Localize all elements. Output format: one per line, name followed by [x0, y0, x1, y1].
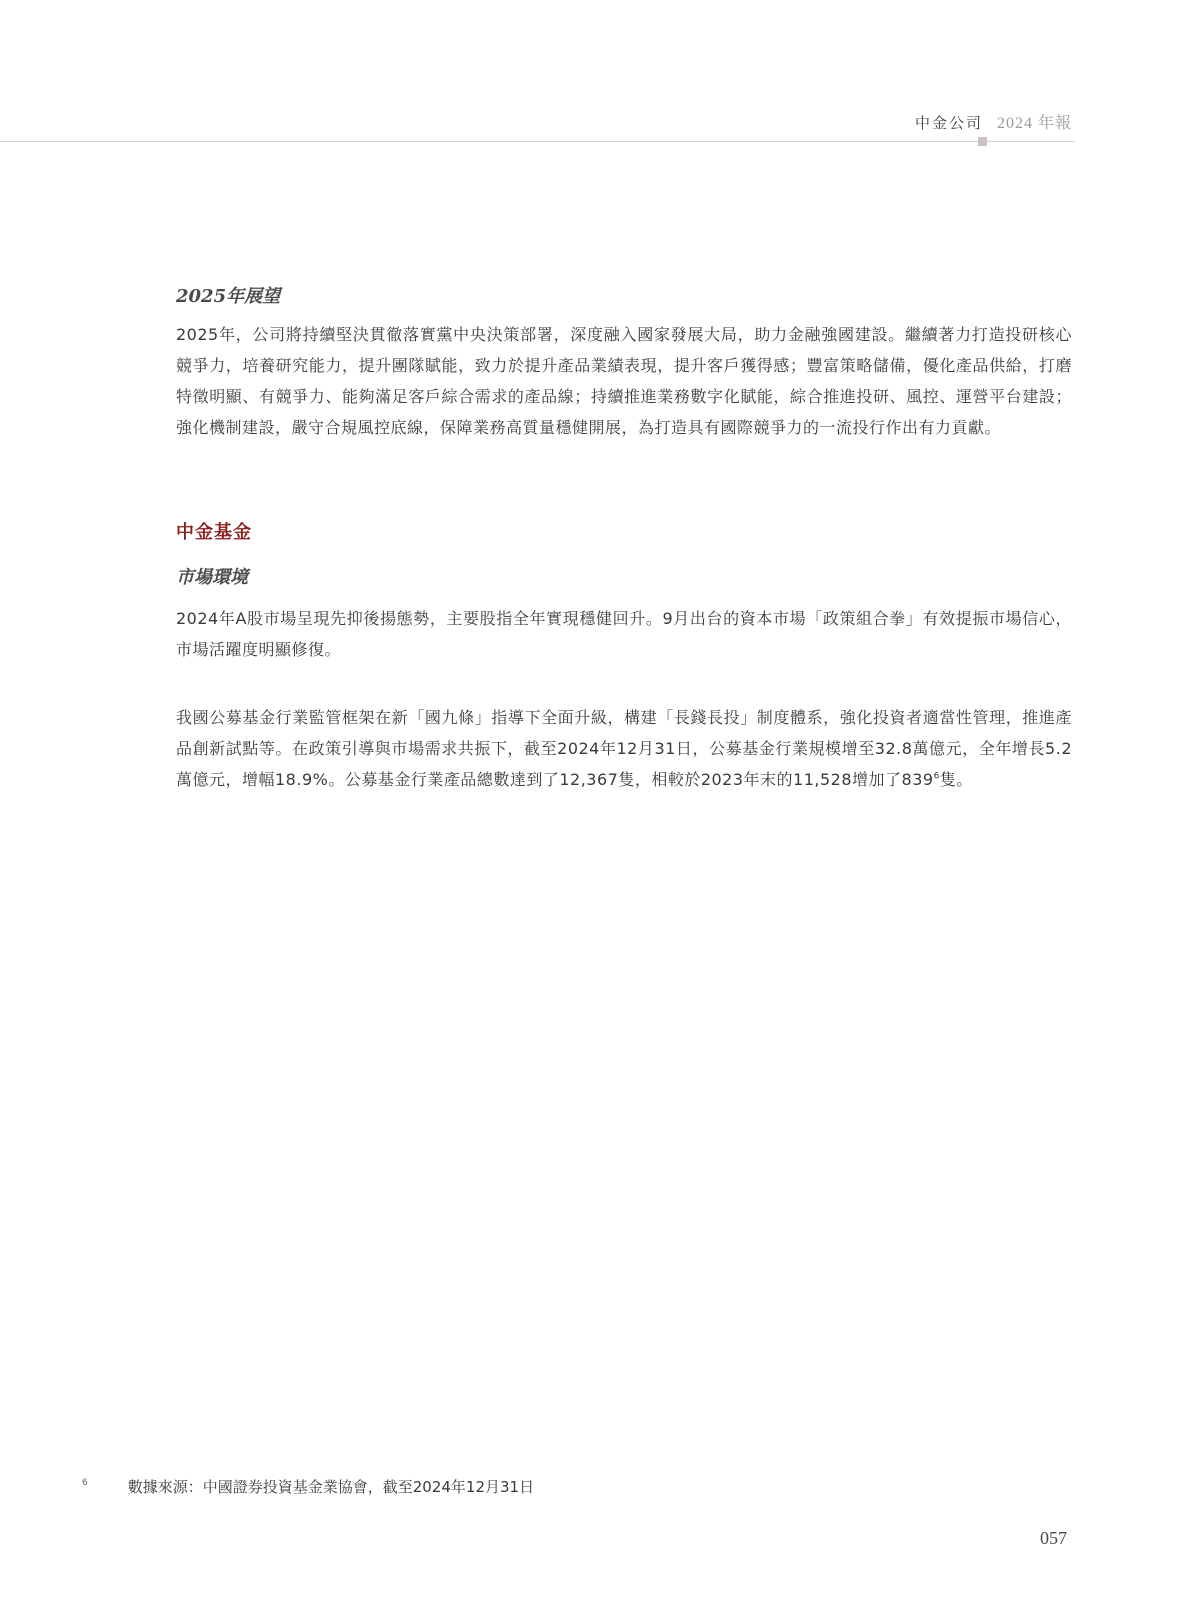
footnote-text: 數據來源：中國證券投資基金業協會，截至2024年12月31日: [128, 1476, 534, 1497]
outlook-section: 2025年展望: [176, 282, 1072, 308]
market-paragraph-2-wrap: 我國公募基金行業監管框架在新「國九條」指導下全面升級，構建「長錢長投」制度體系，…: [176, 702, 1072, 795]
paragraph-2-end: 隻。: [940, 770, 973, 789]
outlook-heading: 2025年展望: [176, 282, 1072, 308]
running-header: 中金公司 2024 年報: [915, 110, 1072, 133]
market-subheading: 市場環境: [176, 563, 1072, 589]
market-paragraph-1: 2024年A股市場呈現先抑後揚態勢，主要股指全年實現穩健回升。9月出台的資本市場…: [176, 603, 1072, 665]
market-paragraph-2: 我國公募基金行業監管框架在新「國九條」指導下全面升級，構建「長錢長投」制度體系，…: [176, 702, 1072, 795]
header-company: 中金公司: [915, 112, 983, 133]
section-title: 中金基金: [176, 518, 1072, 544]
header-divider: [0, 141, 1075, 142]
outlook-body: 2025年，公司將持續堅決貫徹落實黨中央決策部署，深度融入國家發展大局，助力金融…: [176, 319, 1072, 443]
footnote-marker: 6: [82, 1478, 88, 1488]
market-paragraph-1-wrap: 2024年A股市場呈現先抑後揚態勢，主要股指全年實現穩健回升。9月出台的資本市場…: [176, 603, 1072, 665]
footnote: 6 數據來源：中國證券投資基金業協會，截至2024年12月31日: [82, 1476, 534, 1497]
page-number: 057: [1040, 1528, 1067, 1549]
market-subheading-wrap: 市場環境: [176, 563, 1072, 589]
header-report-title: 2024 年報: [997, 110, 1072, 133]
outlook-paragraph: 2025年，公司將持續堅決貫徹落實黨中央決策部署，深度融入國家發展大局，助力金融…: [176, 319, 1072, 443]
header-square-marker: [978, 137, 987, 146]
fund-section-title-wrap: 中金基金: [176, 518, 1072, 544]
